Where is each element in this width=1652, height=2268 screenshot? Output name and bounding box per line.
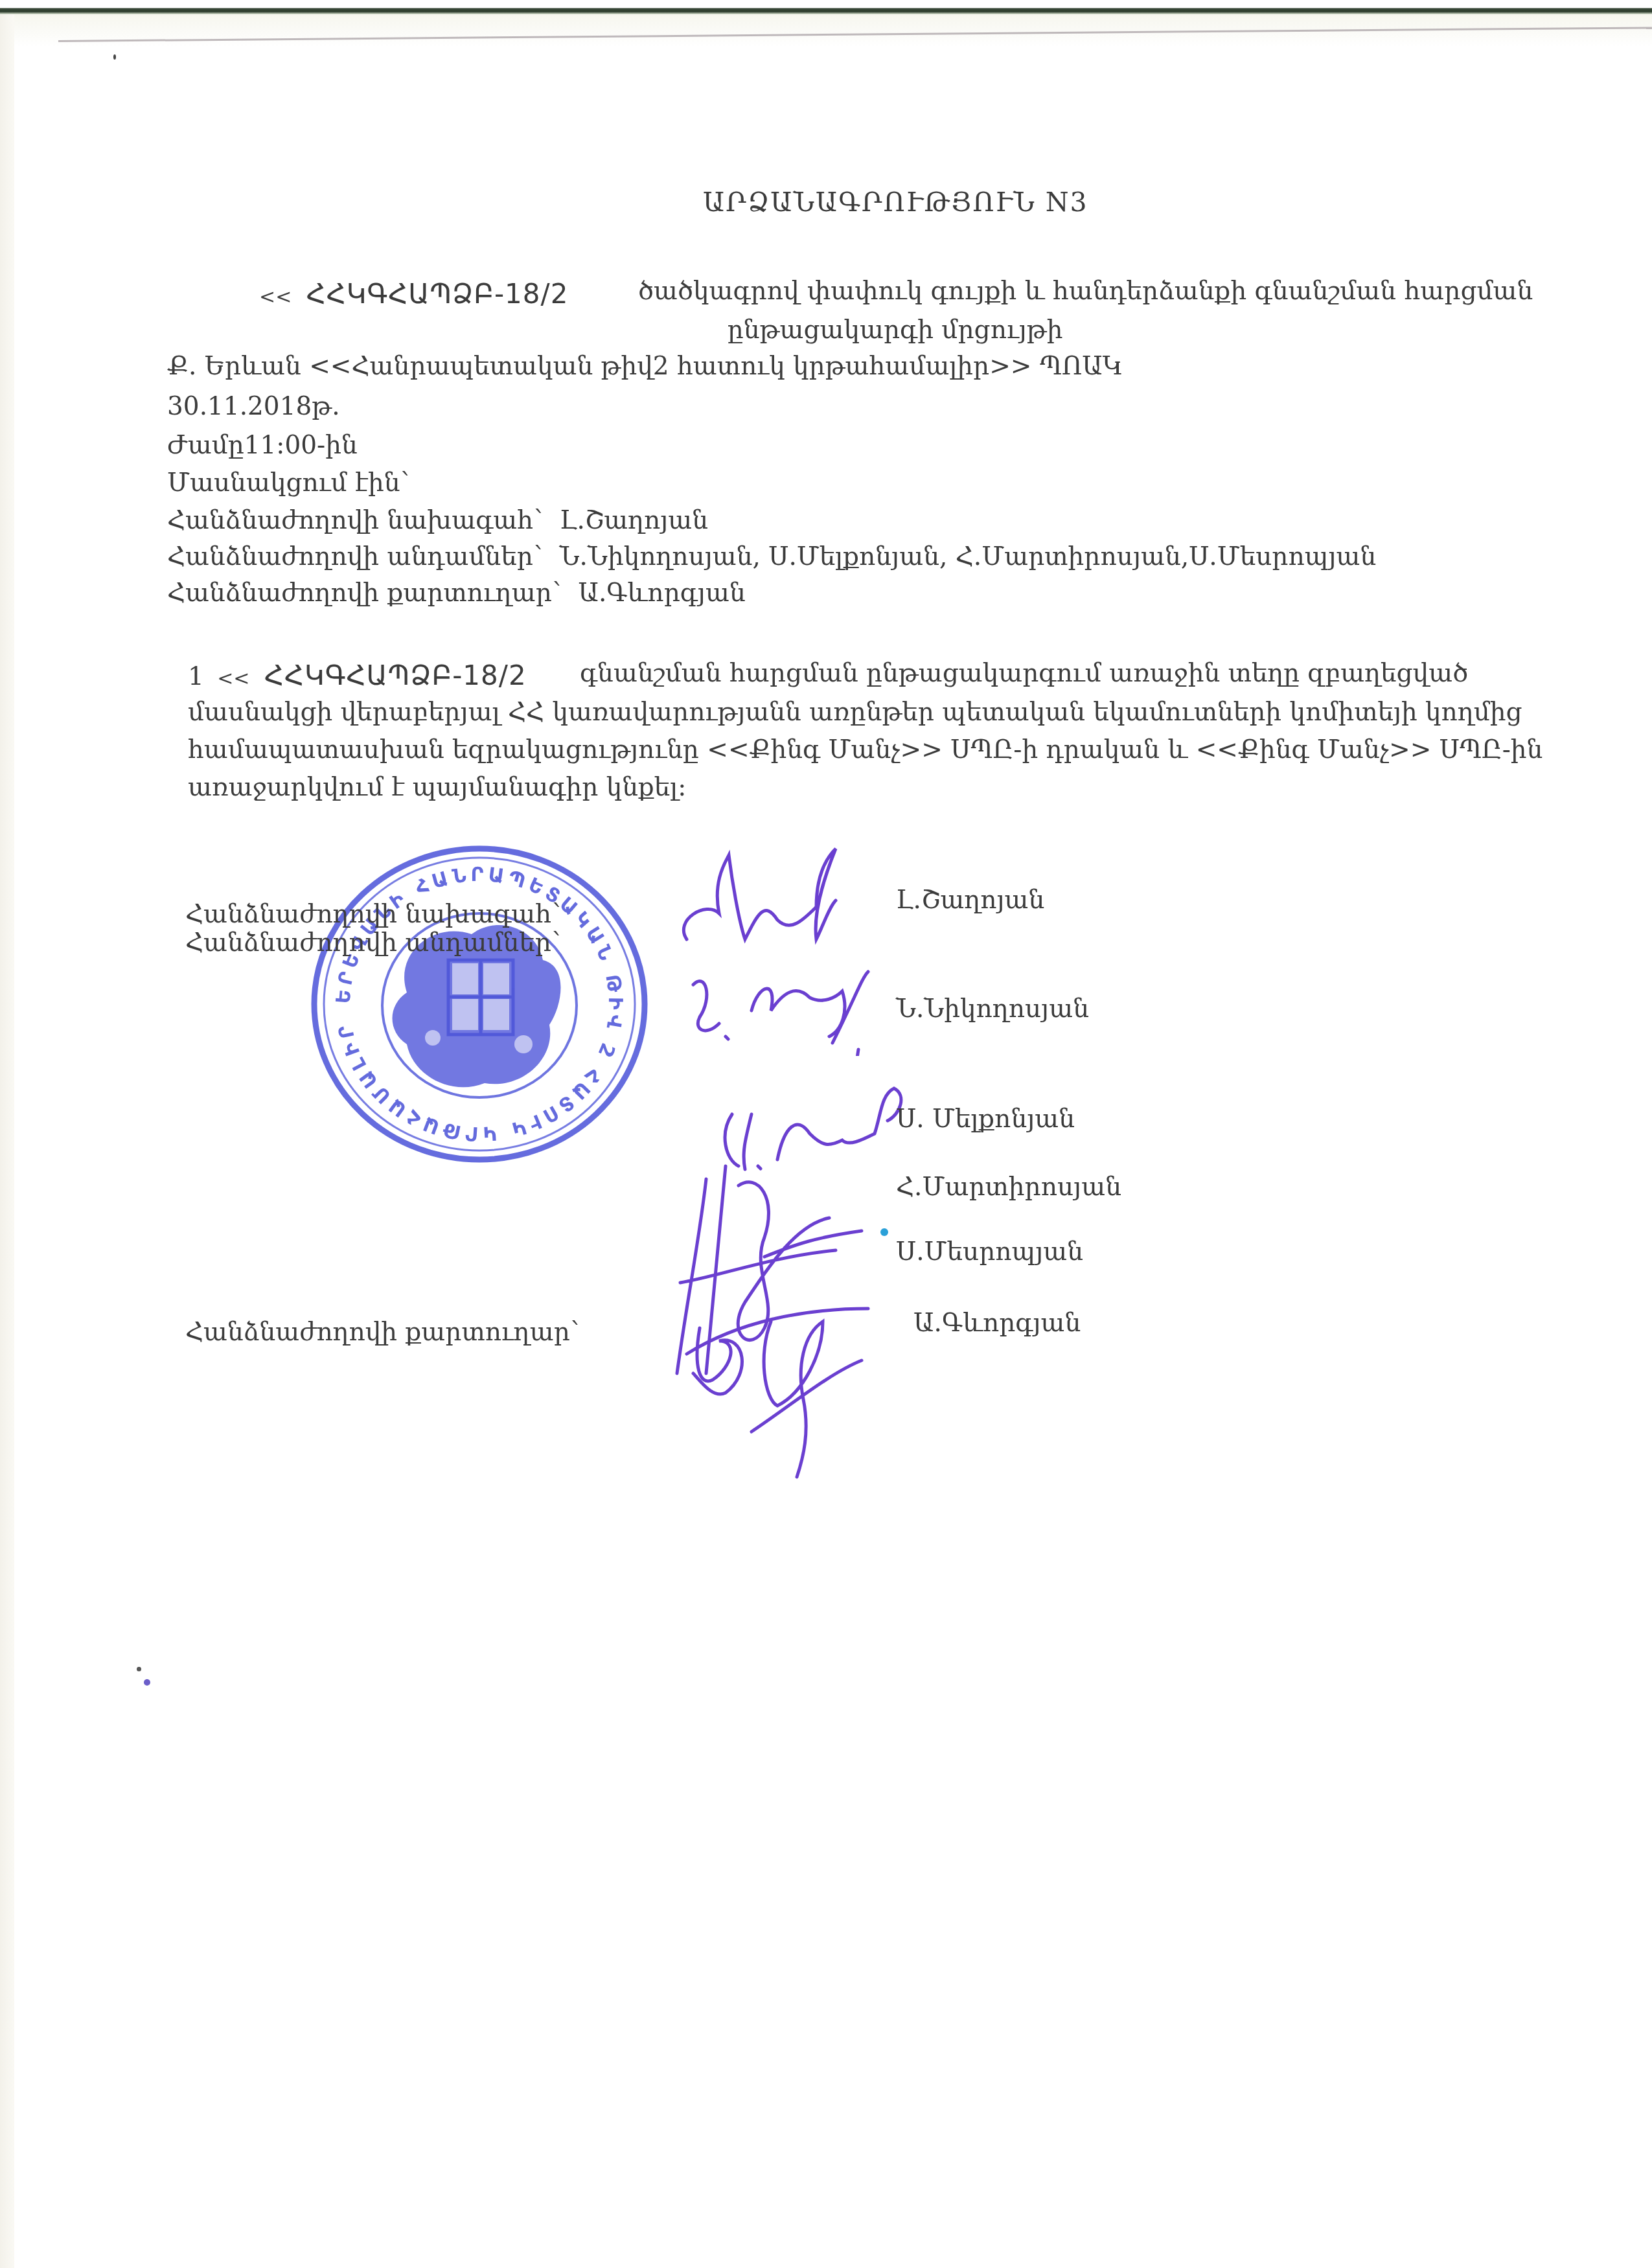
participant-names: Ա.Գևորգյան — [578, 578, 745, 608]
role-label: Հանձնաժողովի անդամներ՝ — [167, 542, 542, 571]
participant-chair: Հանձնաժողովի նախագահ՝ Լ.Շաղոյան — [167, 508, 708, 533]
role-label: Հանձնաժողովի նախագահ՝ — [167, 506, 542, 535]
quote-open: << — [259, 286, 292, 308]
document-title: ԱՐՁԱՆԱԳՐՈՒԹՅՈՒՆ N3 — [703, 189, 1088, 216]
decision-line-3: համապատասխան եզրակացությունը <<Քինգ Մանչ… — [188, 737, 1543, 762]
participant-secretary: Հանձնաժողովի քարտուղար՝ Ա.Գևորգյան — [167, 580, 746, 606]
signature-label-secretary: Հանձնաժողովի քարտուղար՝ — [185, 1320, 579, 1345]
scan-left-edge — [0, 14, 14, 2268]
participants-heading: Մասնակցում էին՝ — [167, 470, 409, 496]
signer-name: Ա.Գևորգյան — [913, 1311, 1081, 1336]
signature-label-chair: Հանձնաժողովի նախագահ՝ — [185, 902, 560, 927]
time: Ժամը11:00-ին — [167, 433, 358, 458]
participant-members: Հանձնաժողովի անդամներ՝ Ն.Նիկողոսյան, Ս.Մ… — [167, 544, 1376, 569]
signer-name: Ս.Մեսրոպյան — [896, 1239, 1083, 1265]
signer-name: Լ.Շաղոյան — [896, 888, 1044, 913]
signature-secretary — [674, 1270, 933, 1483]
subject-line-1: << ՀՀԿԳՀԱՊՁԲ-18/2 — [259, 281, 568, 308]
role-label: Հանձնաժողովի քարտուղար՝ — [167, 578, 561, 608]
ink-speck — [137, 1667, 141, 1671]
participant-names: Լ.Շաղոյան — [560, 506, 708, 535]
signer-name: Ս. Մելքոնյան — [896, 1106, 1075, 1132]
signature-chair — [667, 842, 862, 952]
date: 30.11.2018թ. — [167, 394, 340, 419]
subject-text-2: ընթացակարգի մրցույթի — [728, 317, 1062, 343]
scan-top-edge — [0, 0, 1652, 14]
procurement-code: ՀՀԿԳՀԱՊՁԲ-18/2 — [306, 278, 569, 310]
ink-speck — [113, 54, 116, 60]
signer-name: Ն.Նիկողոսյան — [896, 996, 1089, 1022]
decision-line-1-rest: գնանշման հարցման ընթացակարգում առաջին տե… — [580, 661, 1468, 686]
decision-number: 1 — [188, 662, 204, 691]
location: Ք. Երևան <<Հանրապետական թիվ2 հատուկ կրթա… — [167, 354, 1123, 379]
participant-names: Ն.Նիկողոսյան, Ս.Մելքոնյան, Հ.Մարտիրոսյան… — [560, 542, 1377, 571]
decision-line-2: մասնակցի վերաբերյալ ՀՀ կառավարությանն առ… — [188, 700, 1522, 725]
quote-open: << — [217, 667, 249, 690]
signature-label-members: Հանձնաժողովի անդամներ՝ — [185, 930, 560, 956]
official-seal-stamp: ԵՐԵՎԱՆԻ ՀԱՆՐԱՊԵՏԱԿԱՆ ԹԻՎ 2 ՀԱՏՈՒԿ ԿՐԹԱՀԱ… — [310, 843, 650, 1164]
procurement-code: ՀՀԿԳՀԱՊՁԲ-18/2 — [264, 659, 527, 691]
ink-speck — [144, 1679, 150, 1686]
decision-line-1-start: 1 << ՀՀԿԳՀԱՊՁԲ-18/2 — [188, 662, 527, 689]
signature-member-1 — [680, 959, 901, 1056]
subject-text-1: ծածկագրով փափուկ գույքի և հանդերձանքի գն… — [638, 279, 1533, 304]
signer-name: Հ.Մարտիրոսյան — [896, 1174, 1121, 1200]
decision-line-4: առաջարկվում է պայմանագիր կնքել: — [188, 775, 686, 800]
